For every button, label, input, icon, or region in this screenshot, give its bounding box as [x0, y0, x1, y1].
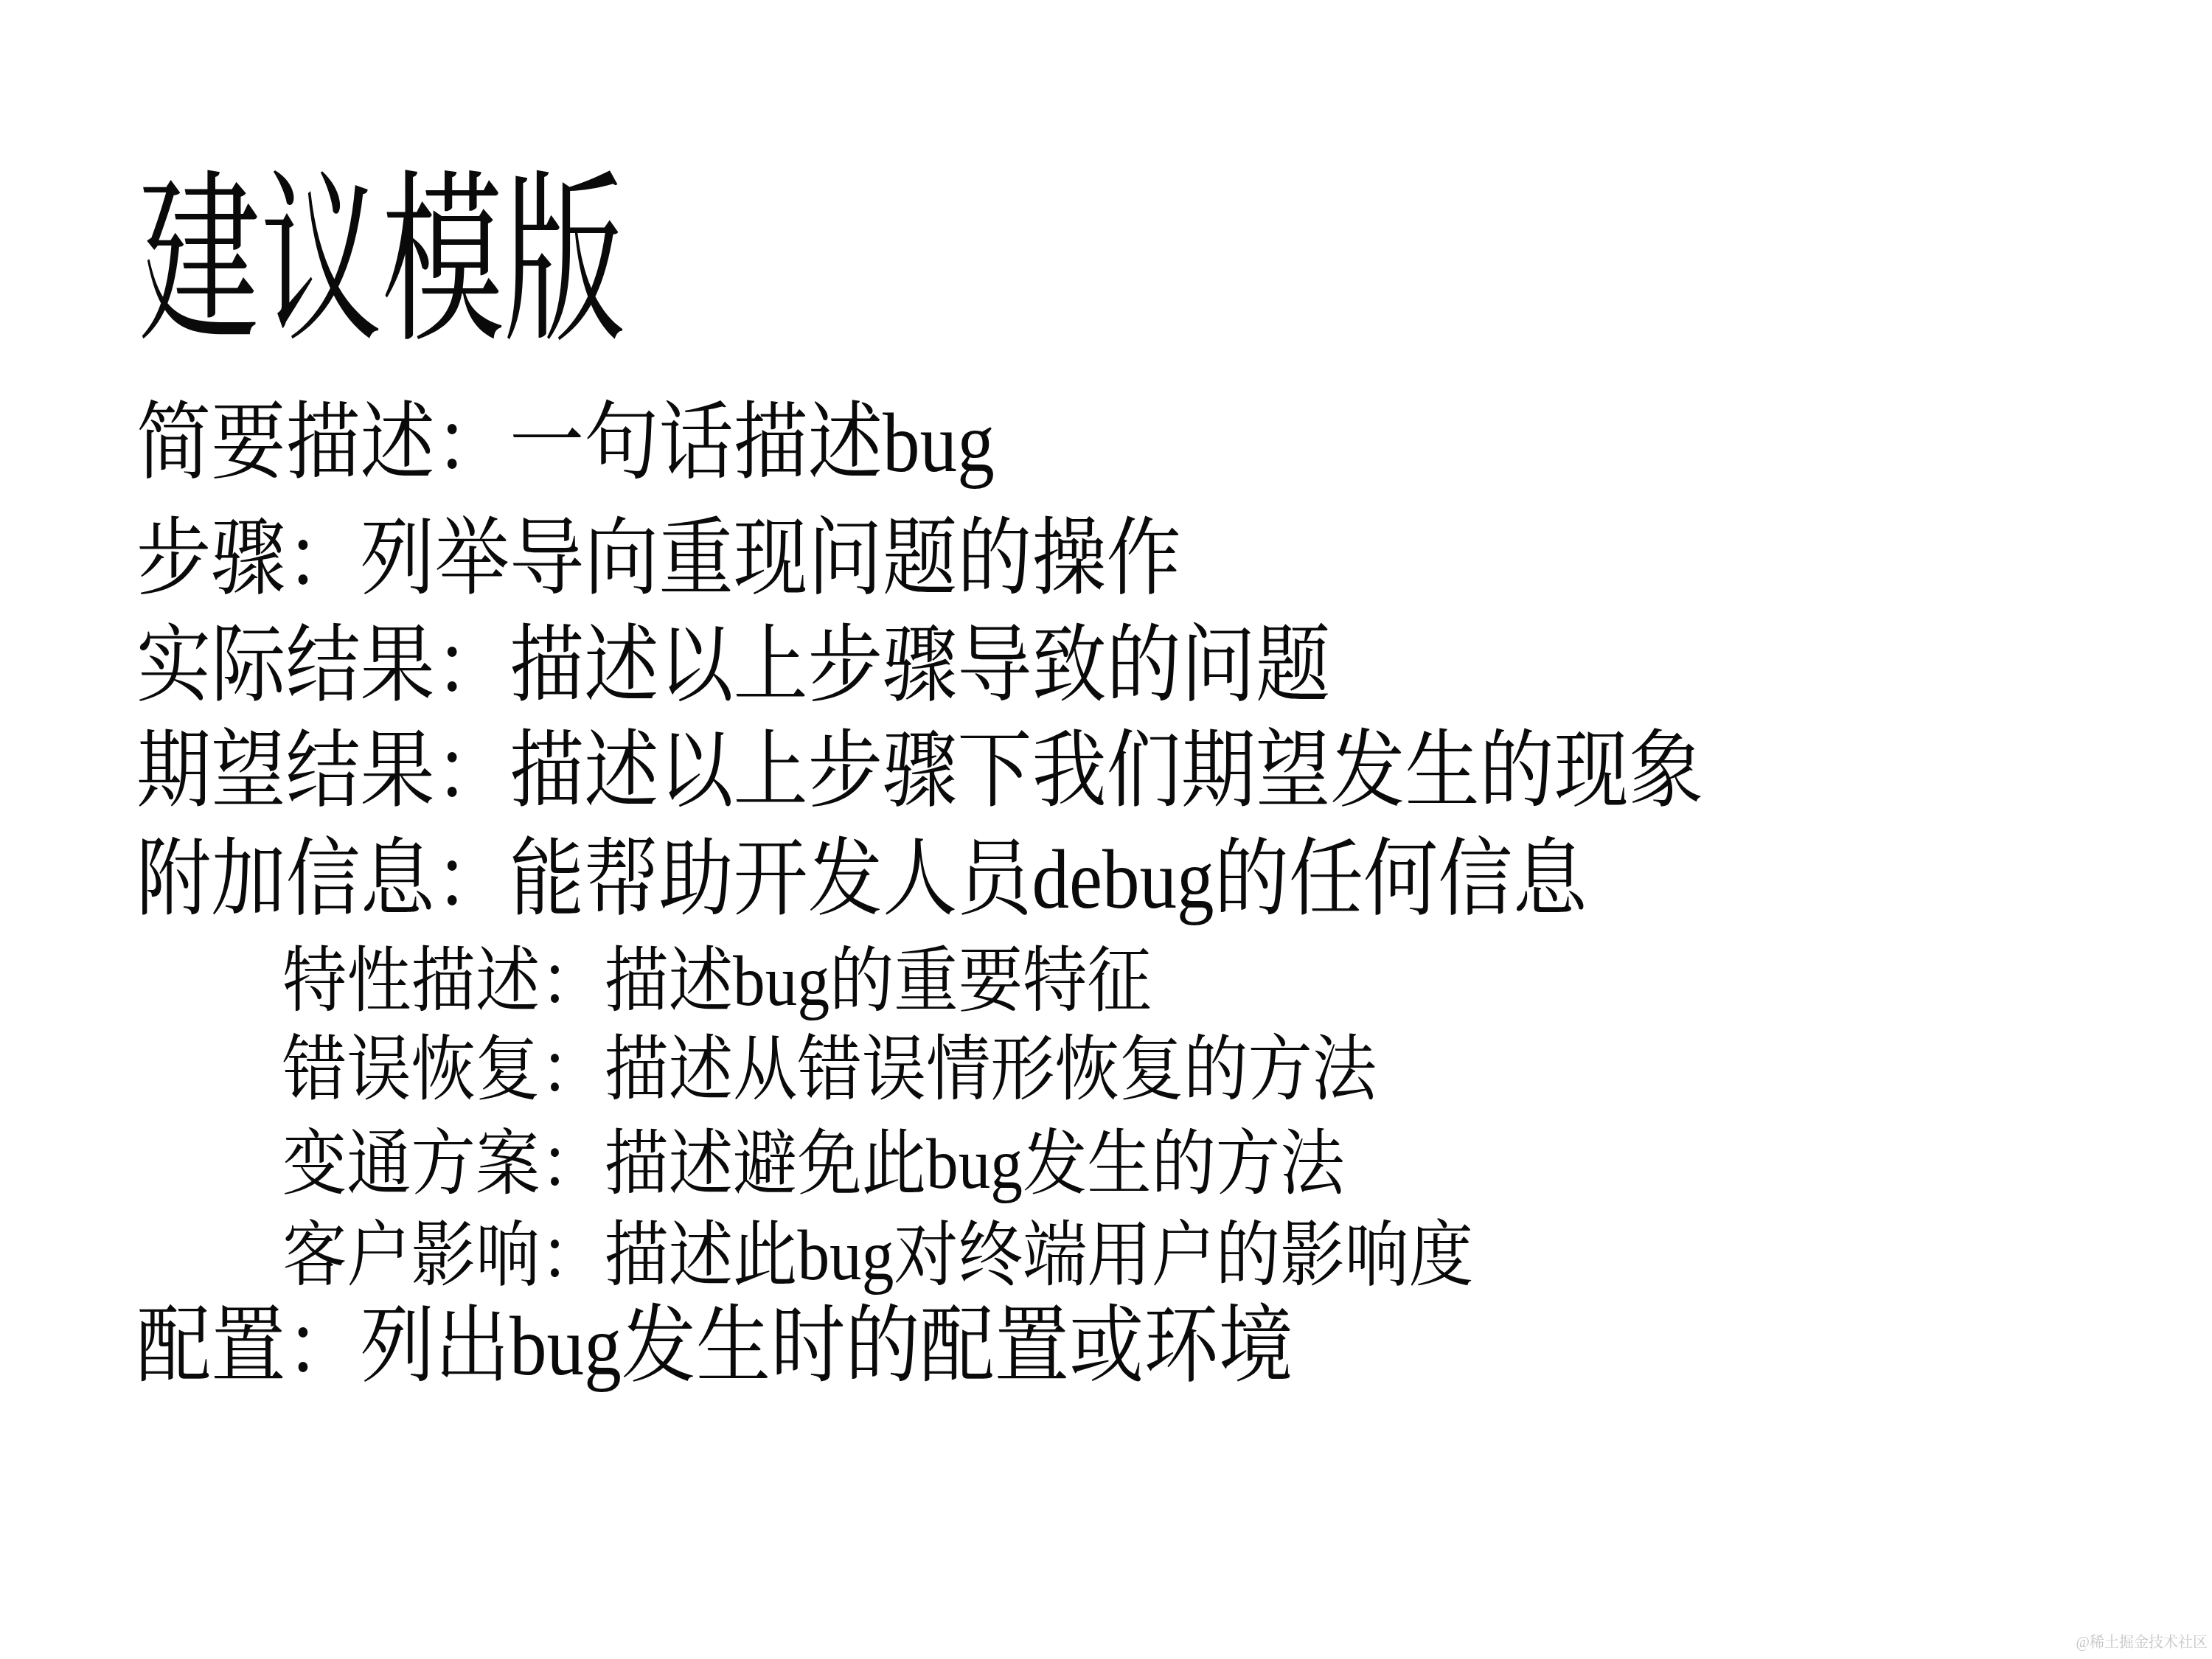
- line-actual-result: 实际结果：描述以上步骤导致的问题: [136, 623, 1330, 708]
- page-title: 建议模版: [139, 171, 625, 355]
- line-configuration: 配置：列出bug发生时的配置或环境: [136, 1304, 1293, 1388]
- line-steps: 步骤：列举导向重现问题的操作: [136, 516, 1181, 601]
- subline-feature-description: 特性描述：描述bug的重要特征: [282, 945, 1152, 1017]
- watermark: @稀土掘金技术社区: [2076, 1635, 2208, 1650]
- line-expected-result: 期望结果：描述以上步骤下我们期望发生的现象: [136, 728, 1703, 813]
- subline-workaround: 变通方案：描述避免此bug发生的方法: [282, 1128, 1344, 1200]
- subline-customer-impact: 客户影响：描述此bug对终端用户的影响度: [282, 1220, 1473, 1291]
- line-additional-info: 附加信息：能帮助开发人员debug的任何信息: [136, 837, 1587, 922]
- slide: 建议模版 简要描述：一句话描述bug 步骤：列举导向重现问题的操作 实际结果：描…: [0, 0, 2212, 1659]
- subline-error-recovery: 错误恢复：描述从错误情形恢复的方法: [282, 1034, 1377, 1105]
- line-brief-description: 简要描述：一句话描述bug: [136, 400, 995, 485]
